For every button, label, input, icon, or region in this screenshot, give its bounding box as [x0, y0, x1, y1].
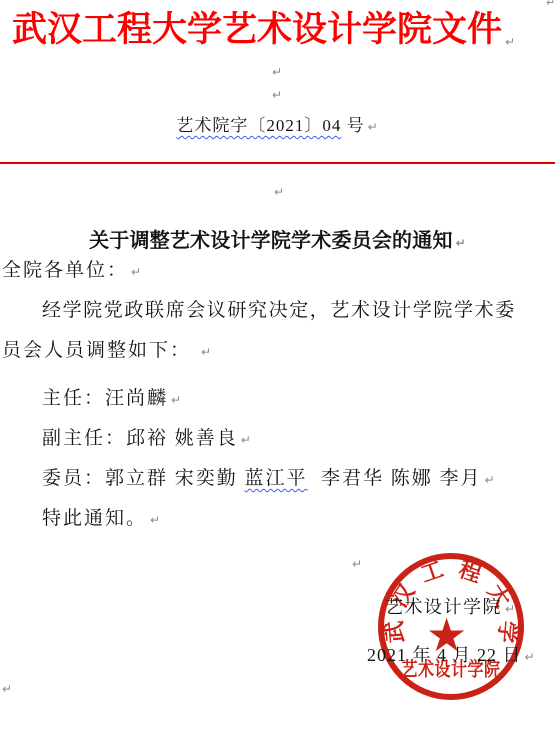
- paragraph-mark-icon: ↵: [131, 266, 143, 278]
- doc-number-line: 艺术院字〔2021〕04 号↵: [0, 111, 555, 136]
- paragraph-mark-icon: ↵: [546, 0, 555, 8]
- paragraph-mark-icon: ↵: [2, 683, 12, 695]
- deputy-line: 副主任：邱裕 姚善良↵: [42, 428, 253, 450]
- salutation-text: 全院各单位：: [2, 260, 128, 281]
- seal-arc-char: 武: [383, 619, 407, 643]
- official-seal: 武 汉 工 程 大 学 ★ 艺术设计学院: [378, 553, 524, 700]
- signature-date-line: 2021 年 4 月 22 日↵: [367, 641, 536, 667]
- paragraph-mark-icon: ↵: [352, 558, 362, 570]
- body-text: 经学院党政联席会议研究决定，艺术设计学院学术委: [42, 300, 516, 321]
- paragraph-mark-icon: ↵: [505, 36, 515, 48]
- paragraph-mark-icon: ↵: [272, 89, 282, 101]
- doc-number-unit: 号: [341, 116, 364, 135]
- closing-line: 特此通知。↵: [42, 508, 162, 530]
- members-line: 委员：郭立群 宋奕勤 蓝江平 李君华 陈娜 李月↵: [42, 468, 497, 490]
- paragraph-mark-icon: ↵: [456, 237, 466, 249]
- seal-arc-char: 学: [495, 619, 519, 643]
- doc-number-flagged-text: 艺术院字〔2021〕04: [176, 116, 341, 135]
- banner-title: 武汉工程大学艺术设计学院文件: [12, 12, 542, 49]
- members-flagged-text: 蓝江平: [245, 468, 308, 489]
- paragraph-mark-icon: ↵: [368, 121, 379, 133]
- red-separator-line: [0, 162, 555, 164]
- paragraph-mark-icon: ↵: [150, 514, 162, 526]
- signature-org-text: 艺术设计学院: [385, 597, 502, 617]
- paragraph-mark-icon: ↵: [274, 186, 284, 198]
- director-text: 主任：汪尚麟: [42, 388, 168, 409]
- notice-heading: 关于调整艺术设计学院学术委员会的通知↵: [0, 224, 555, 253]
- body-line: 员会人员调整如下：↵: [2, 340, 213, 362]
- body-text: 员会人员调整如下：: [2, 340, 191, 361]
- members-text: 委员：郭立群 宋奕勤: [42, 468, 245, 489]
- notice-heading-text: 关于调整艺术设计学院学术委员会的通知: [89, 230, 453, 252]
- paragraph-mark-icon: ↵: [525, 651, 536, 663]
- paragraph-mark-icon: ↵: [201, 346, 213, 358]
- signature-date-text: 2021 年 4 月 22 日: [367, 645, 522, 665]
- director-line: 主任：汪尚麟↵: [42, 388, 183, 410]
- paragraph-mark-icon: ↵: [241, 434, 253, 446]
- signature-org-line: 艺术设计学院↵: [385, 593, 517, 619]
- paragraph-mark-icon: ↵: [485, 474, 497, 486]
- document-page[interactable]: { "colors": { "banner_red": "#fe0000", "…: [0, 0, 555, 730]
- paragraph-mark-icon: ↵: [171, 394, 183, 406]
- paragraph-mark-icon: ↵: [272, 66, 282, 78]
- closing-text: 特此通知。: [42, 508, 147, 529]
- deputy-text: 副主任：邱裕 姚善良: [42, 428, 238, 449]
- salutation-line: 全院各单位：↵: [2, 260, 143, 282]
- body-line: 经学院党政联席会议研究决定，艺术设计学院学术委: [42, 300, 516, 322]
- paragraph-mark-icon: ↵: [505, 603, 517, 615]
- members-text: 李君华 陈娜 李月: [308, 468, 482, 489]
